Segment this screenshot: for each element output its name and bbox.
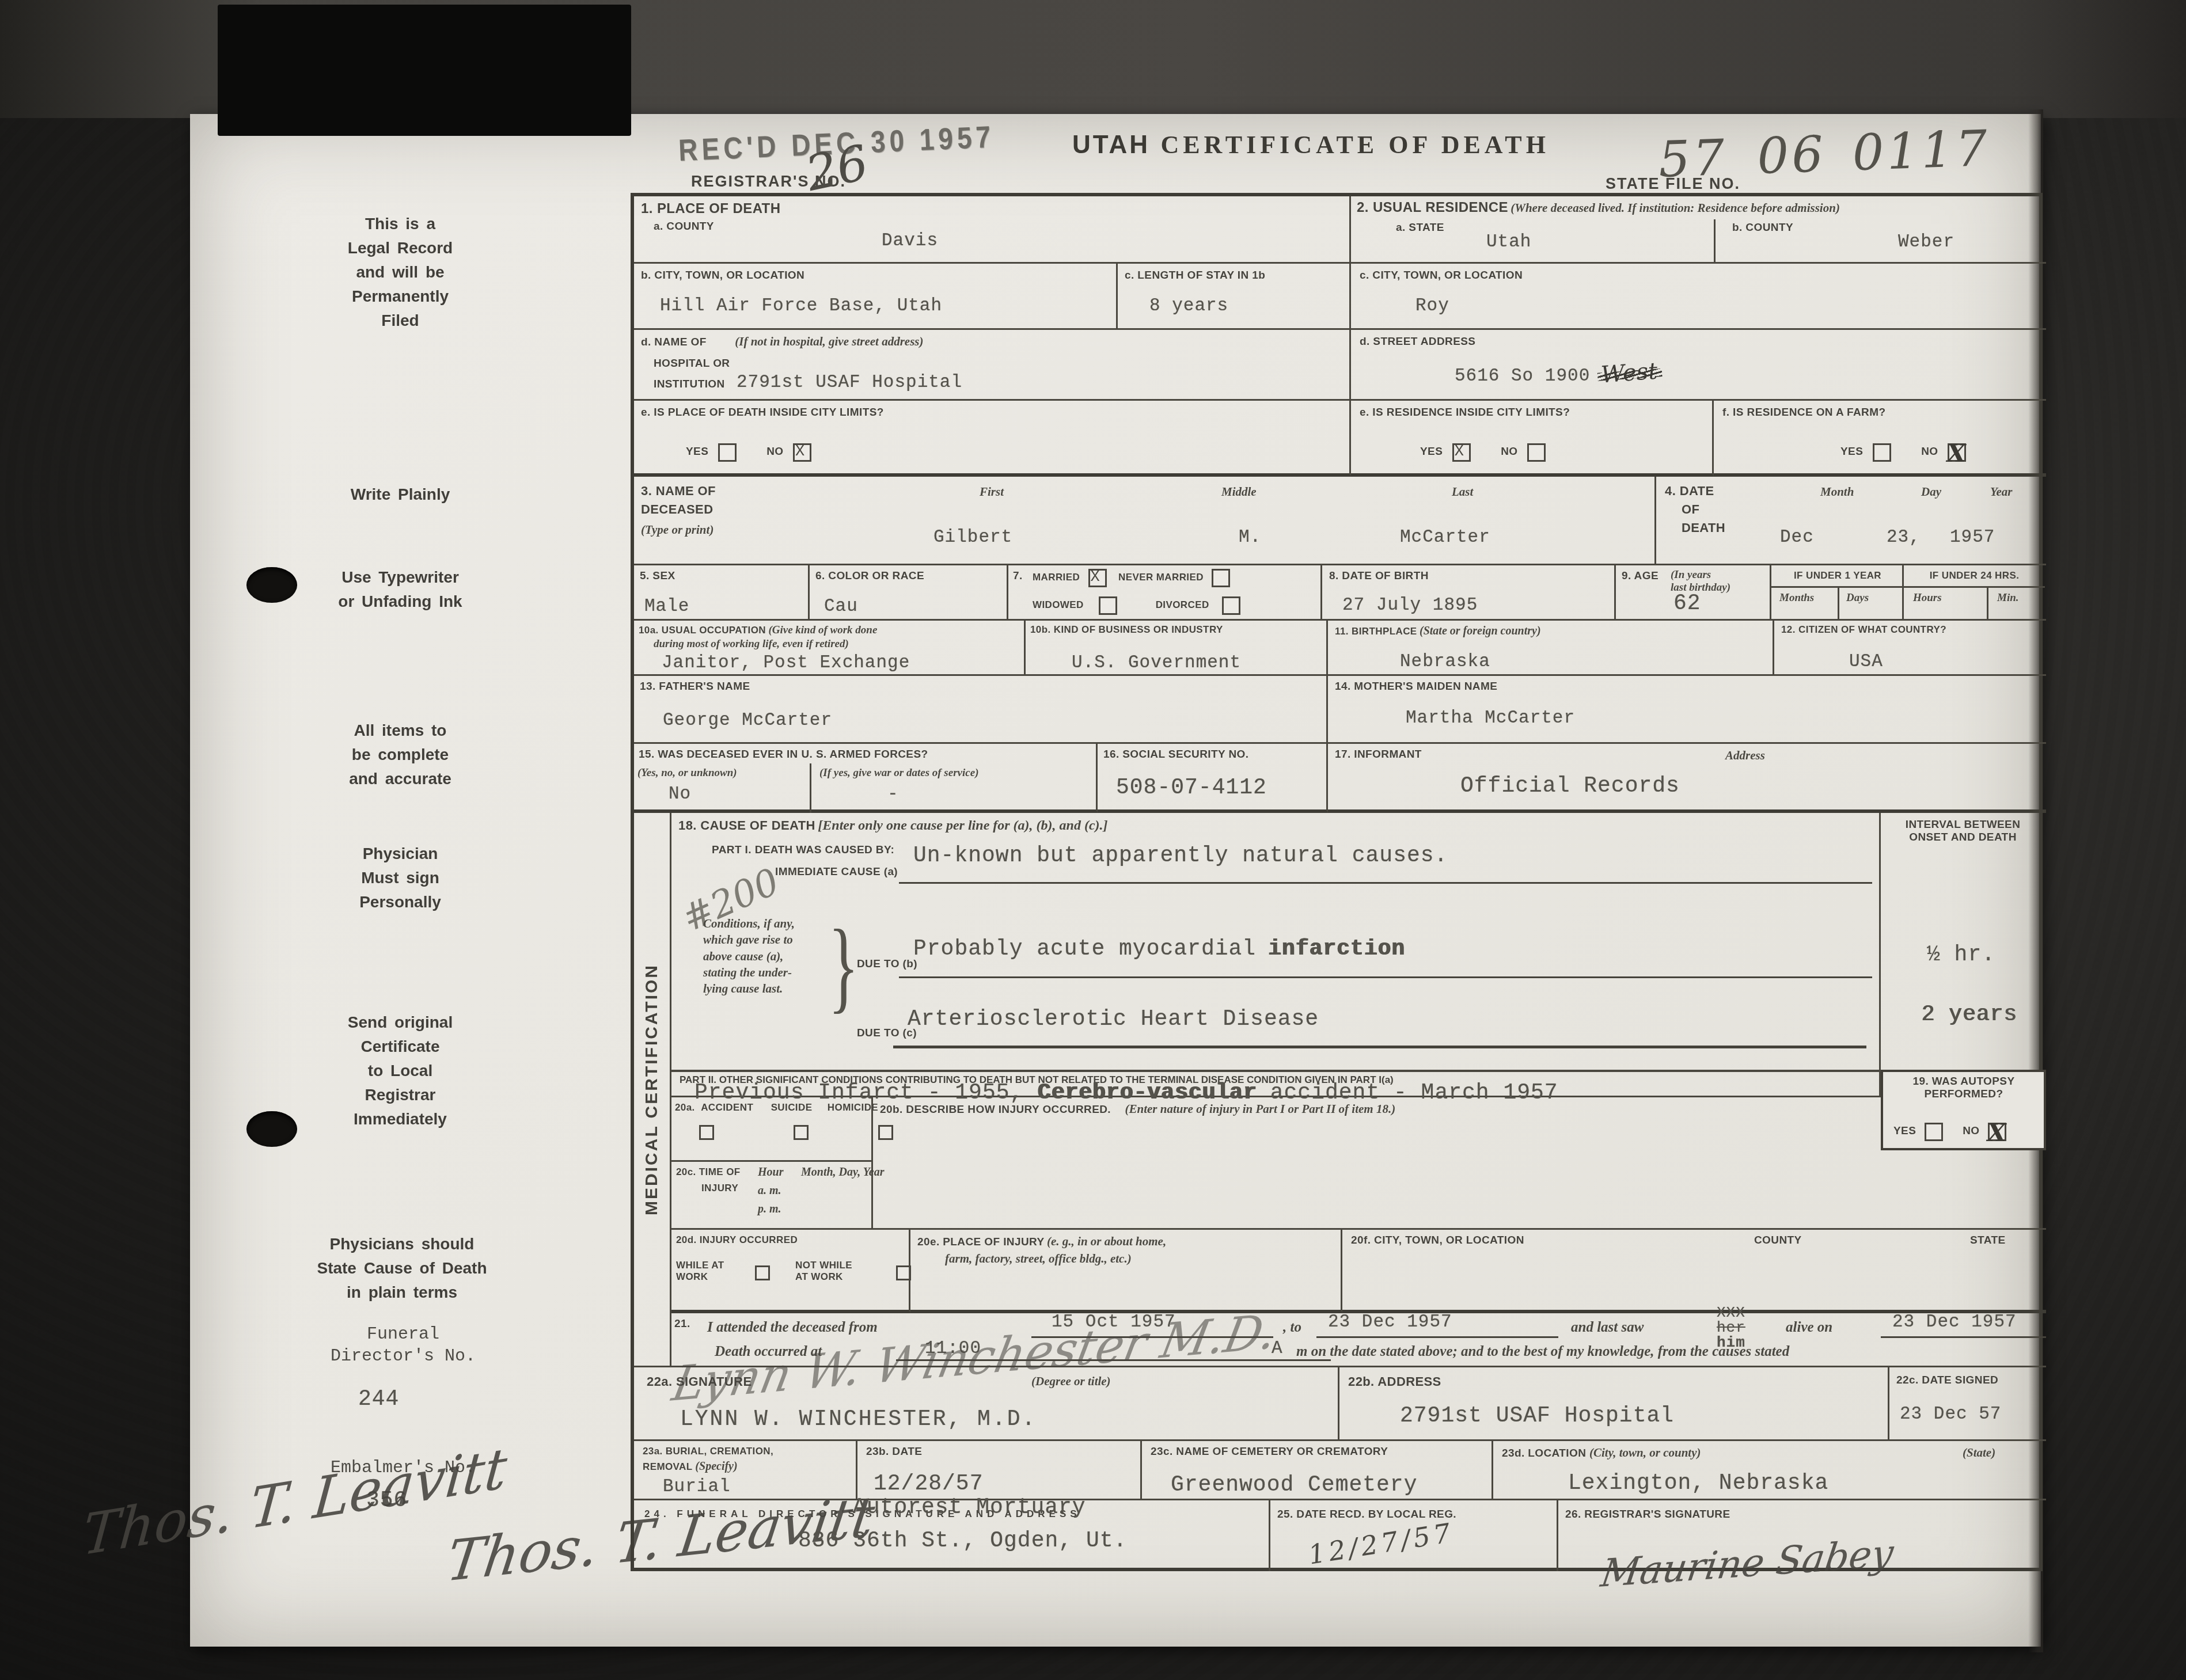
field-usual-occupation: 10a. USUAL OCCUPATION (Give kind of work… bbox=[634, 621, 1026, 676]
field-autopsy: 19. WAS AUTOPSY PERFORMED? YES NO X bbox=[1881, 1070, 2046, 1150]
state-file-no-value: 57060117 bbox=[1657, 120, 1991, 189]
margin-note-send-original: Send original Certificate to Local Regis… bbox=[271, 1010, 530, 1131]
street-address-scratched-word: West bbox=[1600, 358, 1658, 389]
field-hospital: d. NAME OF (If not in hospital, give str… bbox=[634, 330, 1351, 401]
last-name-value: McCarter bbox=[1400, 529, 1490, 546]
interval-b-value: ½ hr. bbox=[1927, 944, 1995, 966]
accident-checkbox bbox=[699, 1125, 714, 1140]
interval-header: INTERVAL BETWEEN ONSET AND DEATH bbox=[1881, 819, 2045, 845]
autopsy-label: 19. WAS AUTOPSY PERFORMED? bbox=[1883, 1075, 2044, 1101]
burial-value: Burial bbox=[663, 1478, 731, 1496]
margin-note-legal-record: This is a Legal Record and will be Perma… bbox=[271, 212, 530, 333]
hospital-label-2: HOSPITAL OR bbox=[654, 358, 730, 370]
armed-forces-divider bbox=[810, 763, 811, 813]
autopsy-yes-checkbox bbox=[1925, 1123, 1943, 1141]
field-residence-city: c. CITY, TOWN, OR LOCATION Roy bbox=[1351, 264, 2046, 330]
last-seen-underline bbox=[1881, 1318, 2046, 1338]
date-signed-value: 23 Dec 57 bbox=[1900, 1405, 2001, 1423]
yes-label: YES bbox=[1420, 446, 1443, 458]
field-street-address: d. STREET ADDRESS 5616 So 1900 West bbox=[1351, 330, 2046, 401]
field-informant: 17. INFORMANT Address Official Records bbox=[1328, 744, 2046, 813]
middle-name-value: M. bbox=[1239, 529, 1261, 546]
usual-residence-label: 2. USUAL RESIDENCE bbox=[1357, 200, 1508, 215]
date-received-label: 25. DATE RECD. BY LOCAL REG. bbox=[1277, 1508, 1456, 1521]
x-mark: X bbox=[795, 443, 804, 461]
citizen-label: 12. CITIZEN OF WHAT COUNTRY? bbox=[1781, 624, 1946, 636]
date-received-value: 12/27/57 bbox=[1307, 1519, 1456, 1568]
time-of-injury-label-1: 20c. TIME OF bbox=[676, 1166, 741, 1178]
business-industry-label: 10b. KIND OF BUSINESS OR INDUSTRY bbox=[1030, 624, 1223, 636]
residence-state-county-divider bbox=[1714, 219, 1716, 264]
months-label: Months bbox=[1779, 592, 1814, 605]
death-limits-boxes: YES NO X bbox=[686, 443, 811, 462]
field-interval: INTERVAL BETWEEN ONSET AND DEATH ½ hr. 2… bbox=[1881, 813, 2046, 1097]
injury-occurred-label: 20d. INJURY OCCURRED bbox=[676, 1234, 798, 1246]
field-20f-injury-location: 20f. CITY, TOWN, OR LOCATION COUNTY STAT… bbox=[1342, 1230, 2046, 1313]
no-label: NO bbox=[1501, 446, 1517, 458]
never-married-label: NEVER MARRIED bbox=[1118, 572, 1204, 583]
birthplace-value: Nebraska bbox=[1400, 653, 1490, 671]
residence-limits-no-checkbox bbox=[1527, 443, 1546, 462]
burial-label-2-row: REMOVAL (Specify) bbox=[643, 1459, 738, 1473]
location-value: Lexington, Nebraska bbox=[1568, 1473, 1828, 1495]
date-of-death-label-1: 4. DATE bbox=[1665, 484, 1714, 499]
days-label: Days bbox=[1846, 592, 1869, 605]
no-label: NO bbox=[766, 446, 783, 458]
farm-no-checkbox: X bbox=[1948, 443, 1966, 462]
field-20b-describe-injury: 20b. DESCRIBE HOW INJURY OCCURRED. (Ente… bbox=[873, 1097, 2046, 1230]
medical-certification-strip: MEDICAL CERTIFICATION bbox=[634, 813, 671, 1367]
field-armed-forces: 15. WAS DECEASED EVER IN U. S. ARMED FOR… bbox=[634, 744, 1098, 813]
field-ssn: 16. SOCIAL SECURITY NO. 508-07-4112 bbox=[1098, 744, 1328, 813]
field-20e-place-of-injury: 20e. PLACE OF INJURY (e. g., in or about… bbox=[910, 1230, 1342, 1313]
file-no-part3: 0117 bbox=[1851, 120, 1991, 182]
hour-label: Hour bbox=[758, 1165, 783, 1179]
yes-label: YES bbox=[1893, 1125, 1916, 1137]
date-of-death-label-3: DEATH bbox=[1682, 520, 1725, 535]
father-name-label: 13. FATHER'S NAME bbox=[640, 681, 750, 693]
xxx-strikeout: XXX bbox=[1717, 1305, 1745, 1320]
place-of-injury-label: 20e. PLACE OF INJURY bbox=[917, 1236, 1045, 1248]
part2-value-1: Previous Infarct - 1955, bbox=[694, 1081, 1037, 1105]
never-married-checkbox bbox=[1212, 569, 1230, 587]
file-no-part2: 06 bbox=[1756, 126, 1827, 185]
field-25-date-received: 25. DATE RECD. BY LOCAL REG. 12/27/57 bbox=[1270, 1500, 1558, 1571]
while-at-work-checkbox bbox=[755, 1265, 770, 1280]
armed-forces-value: No bbox=[669, 785, 691, 803]
street-address-row: 5616 So 1900 West bbox=[1455, 360, 1657, 386]
month-header: Month bbox=[1820, 485, 1854, 499]
field-21-num: 21. bbox=[674, 1318, 690, 1331]
months-days-divider bbox=[1838, 586, 1839, 621]
residence-city-value: Roy bbox=[1415, 297, 1449, 315]
death-county-value: Davis bbox=[882, 232, 938, 250]
field-mother-name: 14. MOTHER'S MAIDEN NAME Martha McCarter bbox=[1328, 676, 2046, 744]
death-occurred-text-2: m on the date stated above; and to the b… bbox=[1296, 1343, 1789, 1360]
street-address-value: 5616 So 1900 bbox=[1455, 366, 1590, 386]
sex-label: 5. SEX bbox=[640, 570, 675, 583]
cause-b-row: Probably acute myocardial infarction bbox=[913, 938, 1405, 960]
field-20c-time-of-injury: 20c. TIME OF INJURY Hour a. m. p. m. Mon… bbox=[671, 1162, 873, 1230]
color-race-value: Cau bbox=[824, 598, 858, 615]
first-name-value: Gilbert bbox=[933, 529, 1012, 546]
hospital-label-row: d. NAME OF (If not in hospital, give str… bbox=[641, 335, 924, 349]
residence-state-label: a. STATE bbox=[1396, 222, 1444, 234]
burial-date-label: 23b. DATE bbox=[866, 1446, 922, 1458]
married-checkbox: X bbox=[1088, 569, 1107, 587]
occupation-value: Janitor, Post Exchange bbox=[662, 654, 910, 672]
burial-date-value: 12/28/57 bbox=[874, 1473, 983, 1495]
age-value: 62 bbox=[1673, 593, 1701, 615]
month-day-year-label: Month, Day, Year bbox=[801, 1165, 884, 1179]
birthplace-label-row: 11. BIRTHPLACE (State or foreign country… bbox=[1335, 624, 1541, 638]
attended-text-4: alive on bbox=[1786, 1319, 1832, 1336]
place-of-injury-labels: 20e. PLACE OF INJURY (e. g., in or about… bbox=[917, 1234, 1166, 1249]
field-22c-date-signed: 22c. DATE SIGNED 23 Dec 57 bbox=[1889, 1367, 2046, 1441]
field-father-name: 13. FATHER'S NAME George McCarter bbox=[634, 676, 1328, 744]
last-name-header: Last bbox=[1452, 485, 1473, 499]
usual-residence-note: (Where deceased lived. If institution: R… bbox=[1511, 201, 1840, 215]
handwritten-x-mark: X bbox=[1947, 439, 1966, 467]
birthplace-label: 11. BIRTHPLACE bbox=[1335, 626, 1417, 637]
field-23b-burial-date: 23b. DATE 12/28/57 bbox=[857, 1441, 1142, 1500]
field-citizen: 12. CITIZEN OF WHAT COUNTRY? USA bbox=[1774, 621, 2046, 676]
field-business-industry: 10b. KIND OF BUSINESS OR INDUSTRY U.S. G… bbox=[1026, 621, 1328, 676]
residence-state-value: Utah bbox=[1486, 233, 1531, 251]
street-address-label: d. STREET ADDRESS bbox=[1360, 336, 1475, 348]
margin-note-complete: All items to be complete and accurate bbox=[271, 719, 530, 791]
location-note: (City, town, or county) bbox=[1589, 1446, 1701, 1459]
informant-value: Official Records bbox=[1460, 776, 1680, 797]
yes-label: YES bbox=[686, 446, 708, 458]
not-while-at-work-checkbox bbox=[896, 1265, 911, 1280]
attended-to-underline bbox=[1316, 1318, 1558, 1338]
physician-address-label: 22b. ADDRESS bbox=[1348, 1374, 1441, 1389]
armed-forces-label: 15. WAS DECEASED EVER IN U. S. ARMED FOR… bbox=[639, 748, 928, 761]
field-residence-city-limits: e. IS RESIDENCE INSIDE CITY LIMITS? YES … bbox=[1351, 401, 1714, 477]
residence-limits-boxes: YES X NO bbox=[1420, 443, 1546, 462]
mortuary-address-typed: 836 36th St., Ogden, Ut. bbox=[798, 1530, 1127, 1552]
part1-label: PART I. DEATH WAS CAUSED BY: bbox=[712, 844, 894, 857]
x-mark: X bbox=[1455, 443, 1464, 461]
death-limits-yes-checkbox bbox=[718, 443, 737, 462]
not-while-at-work-label: NOT WHILE AT WORK bbox=[795, 1260, 852, 1283]
field-23c-cemetery: 23c. NAME OF CEMETERY OR CREMATORY Green… bbox=[1142, 1441, 1493, 1500]
hospital-label-3: INSTITUTION bbox=[654, 378, 725, 391]
time-of-injury-label-2: INJURY bbox=[701, 1183, 738, 1194]
deceased-name-label-1: 3. NAME OF bbox=[641, 484, 716, 499]
middle-name-header: Middle bbox=[1221, 485, 1257, 499]
widowed-label: WIDOWED bbox=[1033, 599, 1084, 610]
part2-separator bbox=[671, 1070, 1881, 1072]
occupation-note-1: (Give kind of work done bbox=[768, 624, 877, 636]
burial-specify-note: (Specify) bbox=[695, 1460, 737, 1473]
field-residence-farm: f. IS RESIDENCE ON A FARM? YES NO X bbox=[1714, 401, 2046, 477]
interval-c-value: 2 years bbox=[1921, 1004, 2017, 1026]
injury-county-label: COUNTY bbox=[1754, 1234, 1802, 1247]
location-state-note: (State) bbox=[1963, 1446, 1995, 1460]
armed-forces-note-2: (If yes, give war or dates of service) bbox=[819, 767, 978, 780]
certificate-title: UTAH CERTIFICATE OF DEATH bbox=[1072, 130, 1550, 159]
margin-note-physician-sign: Physician Must sign Personally bbox=[271, 842, 530, 914]
residence-farm-label: f. IS RESIDENCE ON A FARM? bbox=[1722, 406, 1885, 419]
occupation-label: 10a. USUAL OCCUPATION bbox=[639, 625, 766, 636]
place-of-injury-note-1: (e. g., in or about home, bbox=[1047, 1234, 1166, 1248]
ssn-label: 16. SOCIAL SECURITY NO. bbox=[1103, 748, 1248, 761]
autopsy-boxes: YES NO X bbox=[1893, 1123, 2006, 1141]
field-23d-location: 23d. LOCATION (City, town, or county) (S… bbox=[1493, 1441, 2046, 1500]
hospital-label-1: d. NAME OF bbox=[641, 336, 707, 348]
cause-of-death-label: 18. CAUSE OF DEATH bbox=[678, 818, 815, 833]
age-note: (In years last birthday) bbox=[1671, 569, 1730, 594]
field-22a-signature: 22a. SIGNATURE (Degree or title) LYNN W.… bbox=[634, 1367, 1339, 1441]
length-of-stay-label: c. LENGTH OF STAY IN 1b bbox=[1125, 269, 1265, 282]
margin-note-write-plainly: Write Plainly bbox=[271, 482, 530, 507]
part2-value-3: accident - March 1957 bbox=[1257, 1081, 1558, 1105]
cause-of-death-note: [Enter only one cause per line for (a), … bbox=[818, 818, 1107, 833]
no-label: NO bbox=[1921, 446, 1938, 458]
file-no-part1: 57 bbox=[1657, 129, 1728, 189]
field-death-city-limits: e. IS PLACE OF DEATH INSIDE CITY LIMITS?… bbox=[634, 401, 1351, 477]
sex-value: Male bbox=[644, 598, 689, 615]
age-label: 9. AGE bbox=[1622, 570, 1659, 583]
funeral-director-no-label: Funeral Director's No. bbox=[271, 1324, 536, 1367]
father-name-value: George McCarter bbox=[663, 712, 832, 729]
deceased-name-note: (Type or print) bbox=[641, 523, 714, 537]
occupation-label-row: 10a. USUAL OCCUPATION (Give kind of work… bbox=[639, 624, 877, 637]
conditions-note: Conditions, if any, which gave rise to a… bbox=[703, 915, 795, 997]
death-city-value: Hill Air Force Base, Utah bbox=[660, 297, 942, 315]
year-header: Year bbox=[1990, 485, 2013, 499]
pm-label: p. m. bbox=[758, 1202, 781, 1216]
funeral-director-no-value: 244 bbox=[358, 1389, 399, 1411]
part2-value-row: Previous Infarct - 1955, Cerebro-vascula… bbox=[694, 1082, 1558, 1104]
field-marital-status: 7. MARRIED X NEVER MARRIED WIDOWED DIVOR… bbox=[1008, 565, 1322, 621]
injury-city-label: 20f. CITY, TOWN, OR LOCATION bbox=[1351, 1234, 1524, 1247]
death-limits-no-checkbox: X bbox=[793, 443, 811, 462]
describe-injury-label: 20b. DESCRIBE HOW INJURY OCCURRED. bbox=[880, 1104, 1111, 1116]
while-at-work-label: WHILE AT WORK bbox=[676, 1260, 724, 1283]
hospital-value: 2791st USAF Hospital bbox=[737, 374, 962, 392]
field-20a-num: 20a. bbox=[675, 1102, 695, 1113]
day-header: Day bbox=[1921, 485, 1941, 499]
field-cause-of-death: 18. CAUSE OF DEATH [Enter only one cause… bbox=[671, 813, 1881, 1097]
death-year-value: 1957 bbox=[1950, 529, 1995, 546]
mortuary-name-typed: Autorest Mortuary bbox=[853, 1497, 1086, 1519]
medical-certification-label: MEDICAL CERTIFICATION bbox=[642, 964, 662, 1215]
burial-label-1: 23a. BURIAL, CREMATION, bbox=[643, 1446, 773, 1457]
ssn-value: 508-07-4112 bbox=[1116, 777, 1267, 799]
marital-row-2: WIDOWED DIVORCED bbox=[1033, 596, 1240, 615]
cemetery-label: 23c. NAME OF CEMETERY OR CREMATORY bbox=[1151, 1446, 1388, 1458]
death-city-label: b. CITY, TOWN, OR LOCATION bbox=[641, 269, 804, 282]
first-name-header: First bbox=[980, 485, 1004, 499]
conditions-brace: } bbox=[828, 907, 859, 1025]
field-birthplace: 11. BIRTHPLACE (State or foreign country… bbox=[1328, 621, 1774, 676]
hospital-note: (If not in hospital, give street address… bbox=[735, 335, 923, 348]
field-date-of-birth: 8. DATE OF BIRTH 27 July 1895 bbox=[1322, 565, 1616, 621]
attended-text-2: , to bbox=[1283, 1319, 1301, 1336]
widowed-checkbox bbox=[1099, 596, 1117, 615]
hours-label: Hours bbox=[1913, 592, 1942, 605]
under-24-hrs-label: IF UNDER 24 HRS. bbox=[1904, 570, 2045, 581]
location-label-row: 23d. LOCATION (City, town, or county) bbox=[1502, 1446, 1701, 1460]
informant-address-label: Address bbox=[1725, 748, 1765, 763]
residence-city-limits-label: e. IS RESIDENCE INSIDE CITY LIMITS? bbox=[1360, 406, 1570, 419]
title-state: UTAH bbox=[1072, 131, 1150, 159]
usual-residence-header: 2. USUAL RESIDENCE (Where deceased lived… bbox=[1357, 200, 1840, 216]
field-under-24-hrs: IF UNDER 24 HRS. Hours Min. bbox=[1904, 565, 2046, 621]
death-county-label: a. COUNTY bbox=[654, 221, 714, 233]
marital-num: 7. bbox=[1013, 570, 1023, 583]
birthplace-note: (State or foreign country) bbox=[1420, 625, 1541, 637]
field-place-of-death: 1. PLACE OF DEATH a. COUNTY Davis bbox=[634, 196, 1351, 264]
cause-b-underline bbox=[899, 958, 1872, 978]
divorced-checkbox bbox=[1222, 596, 1240, 615]
divorced-label: DIVORCED bbox=[1156, 599, 1209, 610]
am-label: a. m. bbox=[758, 1184, 781, 1198]
under-1-year-label: IF UNDER 1 YEAR bbox=[1771, 570, 1904, 581]
marital-row-1: MARRIED X NEVER MARRIED bbox=[1033, 569, 1230, 587]
hours-min-divider bbox=[1987, 586, 1988, 621]
registrar-signature-label: 26. REGISTRAR'S SIGNATURE bbox=[1565, 1508, 1730, 1521]
armed-forces-note-1: (Yes, no, or unknown) bbox=[637, 767, 737, 780]
injury-state-label: STATE bbox=[1970, 1234, 2005, 1247]
certificate-form: 1. PLACE OF DEATH a. COUNTY Davis 2. USU… bbox=[631, 193, 2043, 1571]
yes-label: YES bbox=[1840, 446, 1863, 458]
deceased-name-label-2: DECEASED bbox=[641, 502, 713, 517]
registrar-no-value: 26 bbox=[802, 138, 872, 198]
part2-value-2: Cerebro-vascular bbox=[1037, 1081, 1257, 1105]
field-age: 9. AGE (In years last birthday) 62 bbox=[1616, 565, 1771, 621]
color-race-label: 6. COLOR OR RACE bbox=[815, 570, 924, 583]
scan-artifact-block bbox=[218, 5, 631, 136]
field-22b-address: 22b. ADDRESS 2791st USAF Hospital bbox=[1339, 1367, 1889, 1441]
residence-county-value: Weber bbox=[1898, 233, 1955, 251]
field-color-race: 6. COLOR OR RACE Cau bbox=[810, 565, 1008, 621]
field-death-city: b. CITY, TOWN, OR LOCATION Hill Air Forc… bbox=[634, 264, 1118, 330]
physician-address-value: 2791st USAF Hospital bbox=[1400, 1405, 1674, 1427]
death-month-value: Dec bbox=[1780, 529, 1814, 546]
autopsy-no-checkbox: X bbox=[1988, 1123, 2006, 1141]
farm-boxes: YES NO X bbox=[1840, 443, 1966, 462]
her-word: her bbox=[1717, 1320, 1745, 1335]
citizen-value: USA bbox=[1849, 653, 1883, 671]
field-20d-injury-occurred: 20d. INJURY OCCURRED WHILE AT WORK NOT W… bbox=[671, 1230, 910, 1313]
occupation-note-2: during most of working life, even if ret… bbox=[654, 638, 849, 651]
handwritten-x-mark: X bbox=[1987, 1119, 2006, 1147]
date-signed-label: 22c. DATE SIGNED bbox=[1896, 1374, 1998, 1387]
date-of-death-label-2: OF bbox=[1682, 502, 1699, 517]
scanned-document-background: This is a Legal Record and will be Perma… bbox=[0, 0, 2186, 1680]
physician-name-typed: LYNN W. WINCHESTER, M.D. bbox=[680, 1409, 1037, 1431]
mother-name-label: 14. MOTHER'S MAIDEN NAME bbox=[1335, 681, 1497, 693]
mother-name-value: Martha McCarter bbox=[1406, 709, 1575, 727]
field-23a-burial: 23a. BURIAL, CREMATION, REMOVAL (Specify… bbox=[634, 1441, 857, 1500]
farm-yes-checkbox bbox=[1873, 443, 1891, 462]
margin-note-typewriter: Use Typewriter or Unfading Ink bbox=[253, 565, 547, 614]
cause-c-underline bbox=[893, 1027, 1866, 1048]
attended-text-3: and last saw bbox=[1571, 1319, 1644, 1336]
field-name-of-deceased: 3. NAME OF DECEASED (Type or print) Firs… bbox=[634, 477, 1656, 565]
war-dates-value: - bbox=[887, 785, 899, 803]
field-26-registrar-signature: 26. REGISTRAR'S SIGNATURE Maurine Sabey bbox=[1558, 1500, 2046, 1571]
residence-city-label: c. CITY, TOWN, OR LOCATION bbox=[1360, 269, 1523, 282]
business-industry-value: U.S. Government bbox=[1072, 654, 1241, 672]
field-24-funeral-director: 24. FUNERAL DIRECTOR'S SIGNATURE AND ADD… bbox=[634, 1500, 1270, 1571]
date-of-birth-value: 27 July 1895 bbox=[1342, 596, 1478, 614]
informant-label: 17. INFORMANT bbox=[1335, 748, 1422, 761]
burial-label-2: REMOVAL bbox=[643, 1461, 695, 1472]
residence-county-label: b. COUNTY bbox=[1732, 222, 1793, 234]
date-of-birth-label: 8. DATE OF BIRTH bbox=[1329, 570, 1429, 583]
field-date-of-death: 4. DATE OF DEATH Month Day Year Dec 23, … bbox=[1656, 477, 2046, 565]
title-main: CERTIFICATE OF DEATH bbox=[1160, 131, 1549, 159]
death-day-value: 23, bbox=[1887, 529, 1921, 546]
suicide-checkbox bbox=[794, 1125, 809, 1140]
residence-limits-yes-checkbox: X bbox=[1452, 443, 1471, 462]
field-20a-accident: 20a. ACCIDENT SUICIDE HOMICIDE bbox=[671, 1097, 873, 1162]
length-of-stay-value: 8 years bbox=[1149, 297, 1228, 315]
field-sex: 5. SEX Male bbox=[634, 565, 810, 621]
immediate-cause-label: IMMEDIATE CAUSE (a) bbox=[775, 866, 898, 879]
under-24-hrs-divider bbox=[1904, 586, 2045, 588]
place-of-death-label: 1. PLACE OF DEATH bbox=[641, 201, 780, 217]
x-mark: X bbox=[1091, 569, 1100, 586]
margin-note-plain-terms: Physicians should State Cause of Death i… bbox=[235, 1232, 569, 1305]
attended-text-1: I attended the deceased from bbox=[707, 1319, 878, 1336]
location-label: 23d. LOCATION bbox=[1502, 1447, 1589, 1459]
married-label: MARRIED bbox=[1033, 572, 1080, 583]
no-label: NO bbox=[1963, 1125, 1979, 1137]
cemetery-value: Greenwood Cemetery bbox=[1171, 1474, 1417, 1496]
field-under-1-year: IF UNDER 1 YEAR Months Days bbox=[1771, 565, 1904, 621]
field-usual-residence: 2. USUAL RESIDENCE (Where deceased lived… bbox=[1351, 196, 2046, 264]
min-label: Min. bbox=[1997, 592, 2019, 605]
cause-a-underline bbox=[899, 864, 1872, 884]
place-of-injury-note-2: farm, factory, street, office bldg., etc… bbox=[945, 1252, 1132, 1266]
field-length-of-stay: c. LENGTH OF STAY IN 1b 8 years bbox=[1118, 264, 1351, 330]
death-city-limits-label: e. IS PLACE OF DEATH INSIDE CITY LIMITS? bbox=[641, 406, 884, 419]
cause-label-row: 18. CAUSE OF DEATH [Enter only one cause… bbox=[678, 818, 1108, 834]
